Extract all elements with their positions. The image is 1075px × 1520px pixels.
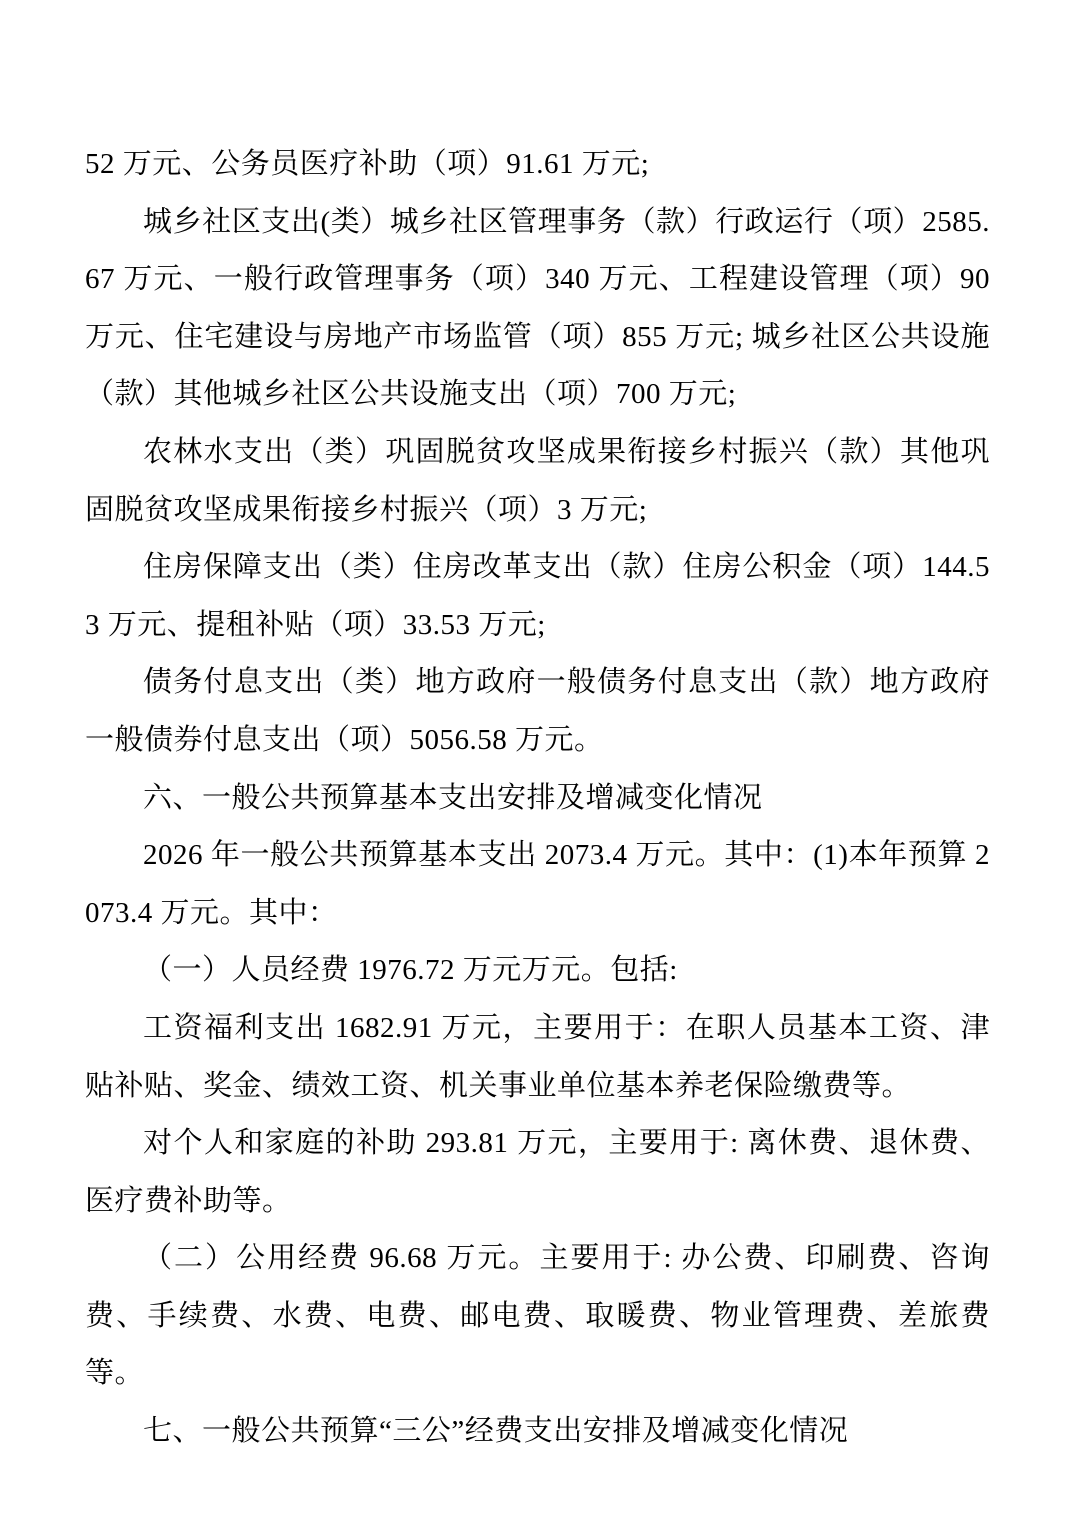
- paragraph-8: （一）人员经费 1976.72 万元万元。包括:: [85, 942, 990, 1000]
- paragraph-10: 对个人和家庭的补助 293.81 万元，主要用于: 离休费、退休费、医疗费补助等…: [85, 1115, 990, 1230]
- paragraph-5: 债务付息支出（类）地方政府一般债务付息支出（款）地方政府一般债券付息支出（项）5…: [85, 654, 990, 769]
- paragraph-9: 工资福利支出 1682.91 万元，主要用于：在职人员基本工资、津贴补贴、奖金、…: [85, 1000, 990, 1115]
- paragraph-2: 城乡社区支出(类）城乡社区管理事务（款）行政运行（项）2585.67 万元、一般…: [85, 194, 990, 424]
- paragraph-3: 农林水支出（类）巩固脱贫攻坚成果衔接乡村振兴（款）其他巩固脱贫攻坚成果衔接乡村振…: [85, 424, 990, 539]
- document-page: 52 万元、公务员医疗补助（项）91.61 万元;城乡社区支出(类）城乡社区管理…: [0, 0, 1075, 1520]
- paragraph-11: （二）公用经费 96.68 万元。主要用于: 办公费、印刷费、咨询费、手续费、水…: [85, 1230, 990, 1403]
- paragraph-1: 52 万元、公务员医疗补助（项）91.61 万元;: [85, 136, 990, 194]
- document-body: 52 万元、公务员医疗补助（项）91.61 万元;城乡社区支出(类）城乡社区管理…: [85, 136, 990, 1461]
- paragraph-4: 住房保障支出（类）住房改革支出（款）住房公积金（项）144.53 万元、提租补贴…: [85, 539, 990, 654]
- section-heading: 七、一般公共预算“三公”经费支出安排及增减变化情况: [85, 1403, 990, 1461]
- paragraph-7: 2026 年一般公共预算基本支出 2073.4 万元。其中：(1)本年预算 20…: [85, 827, 990, 942]
- section-heading: 六、一般公共预算基本支出安排及增减变化情况: [85, 770, 990, 828]
